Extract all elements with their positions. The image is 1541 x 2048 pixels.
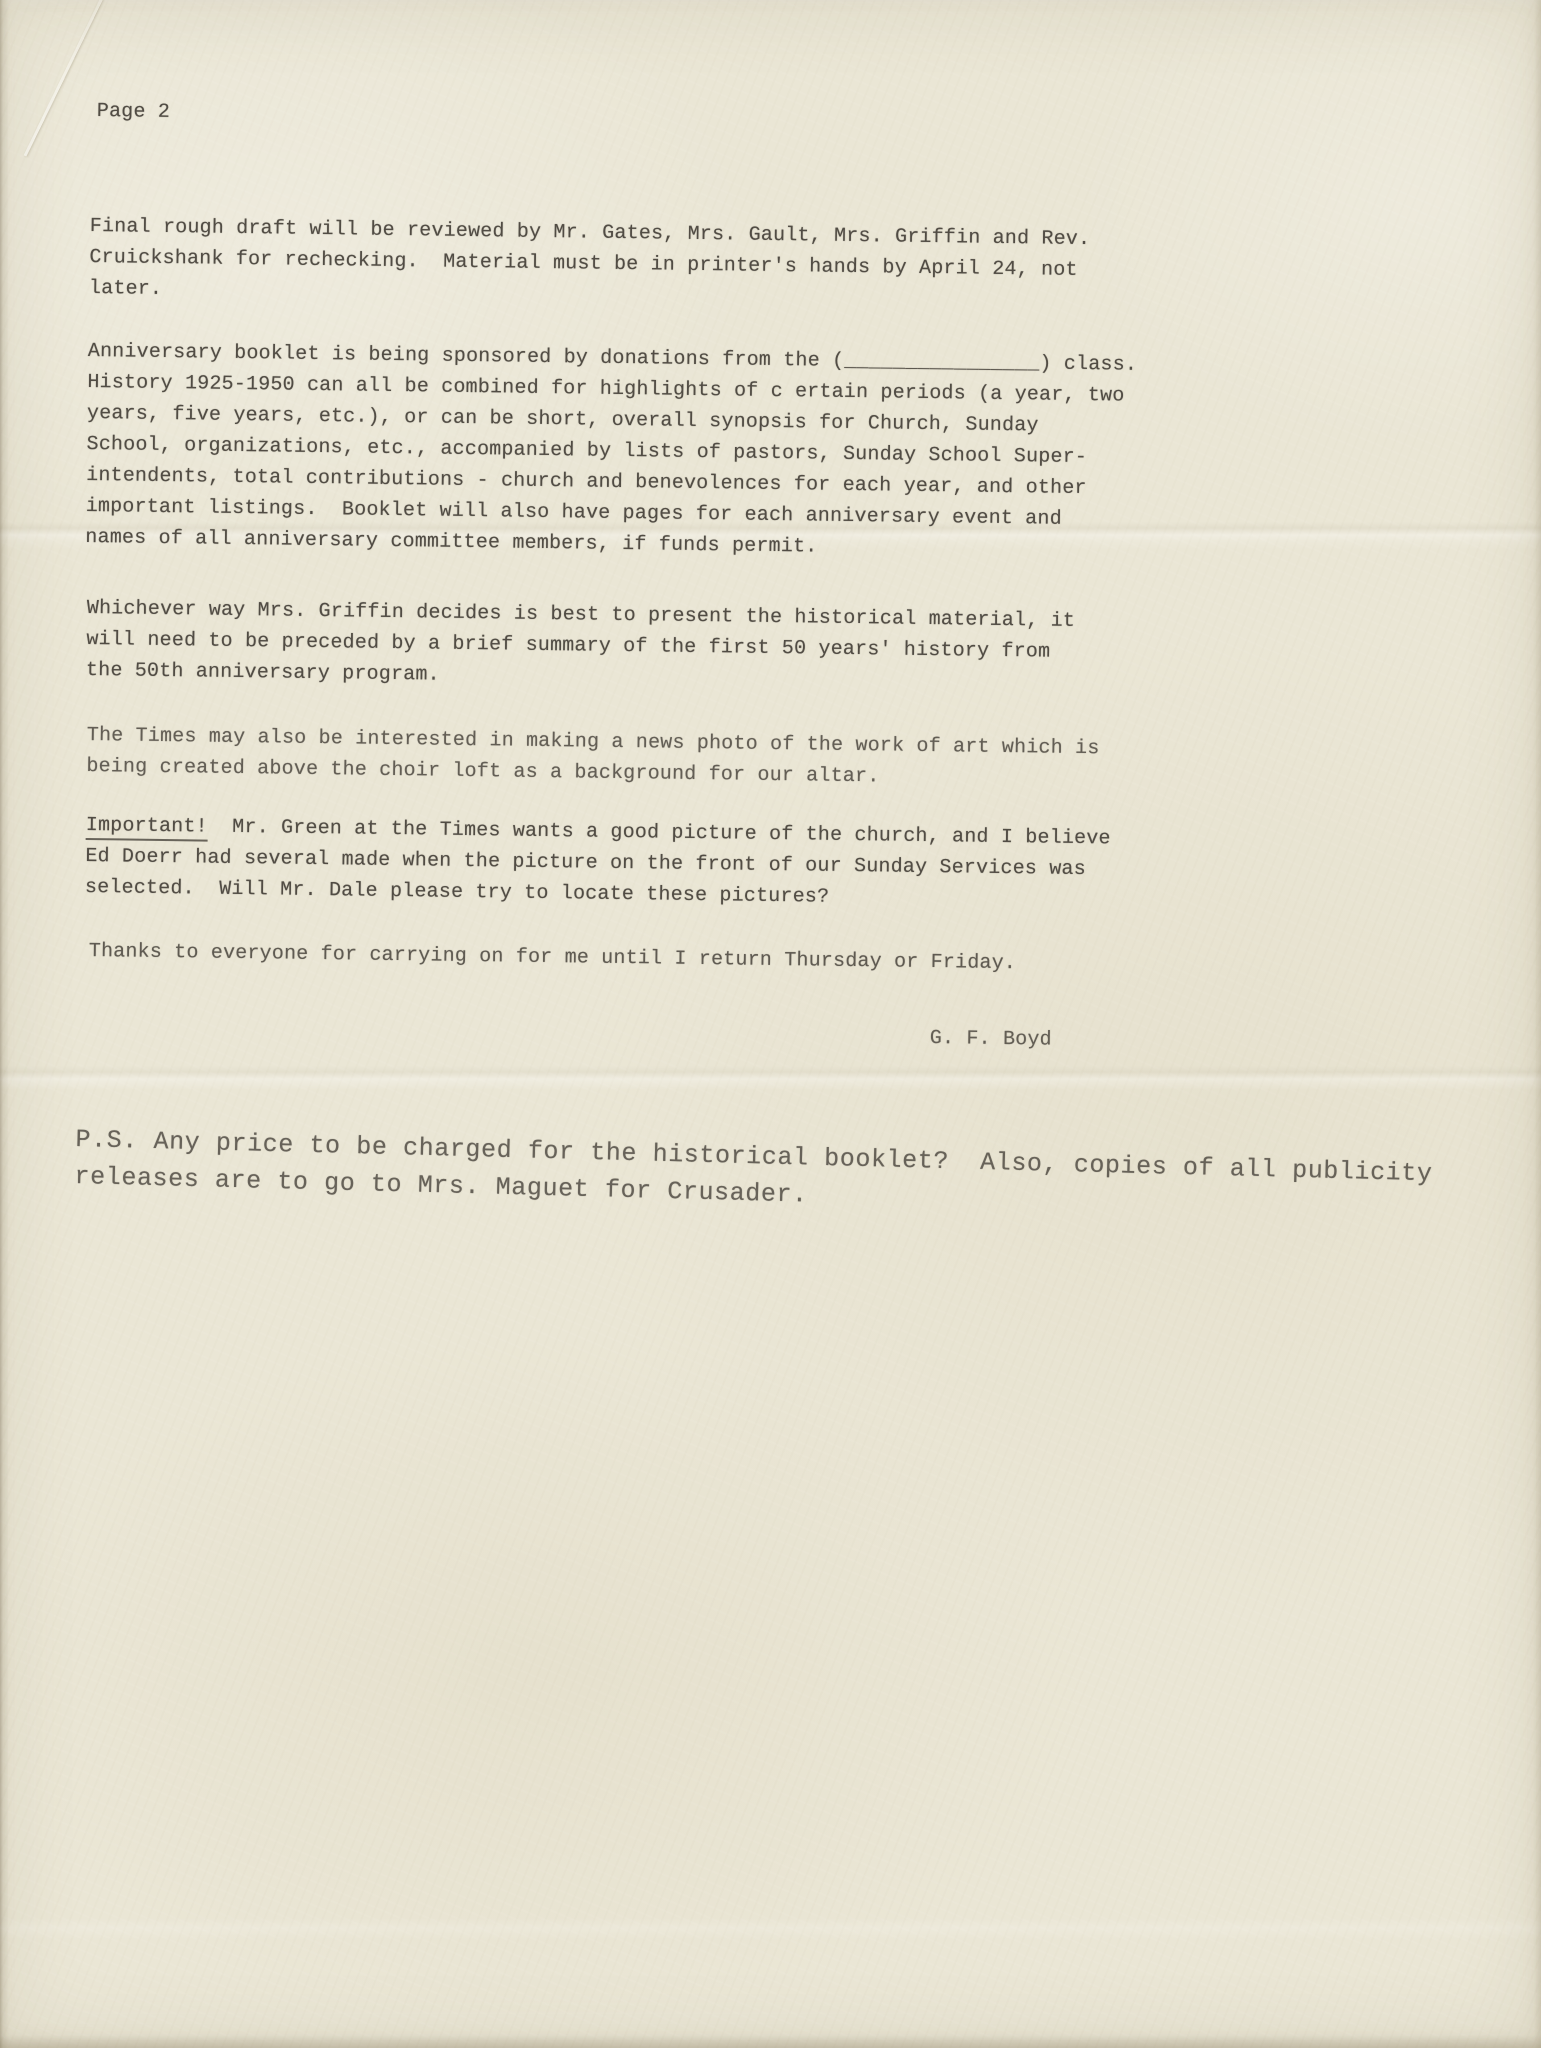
letter-page: Page 2 Final rough draft will be reviewe…	[0, 0, 1541, 2048]
corner-crease	[24, 0, 119, 157]
important-label: Important!	[86, 814, 208, 842]
paragraph-review: Final rough draft will be reviewed by Mr…	[89, 211, 1290, 320]
important-body: Mr. Green at the Times wants a good pict…	[85, 816, 1111, 909]
paragraph-historical: Whichever way Mrs. Griffin decides is be…	[86, 593, 1287, 702]
paragraph-times-photo: The Times may also be interested in maki…	[86, 720, 1287, 798]
postscript: P.S. Any price to be charged for the his…	[74, 1121, 1525, 1232]
paragraph-important: Important! Mr. Green at the Times wants …	[85, 810, 1286, 919]
paragraph-booklet: Anniversary booklet is being sponsored b…	[85, 336, 1288, 569]
paragraph-thanks: Thanks to everyone for carrying on for m…	[89, 936, 1289, 983]
page-number-label: Page 2	[97, 96, 1297, 143]
signature: G. F. Boyd	[930, 1023, 1541, 1070]
